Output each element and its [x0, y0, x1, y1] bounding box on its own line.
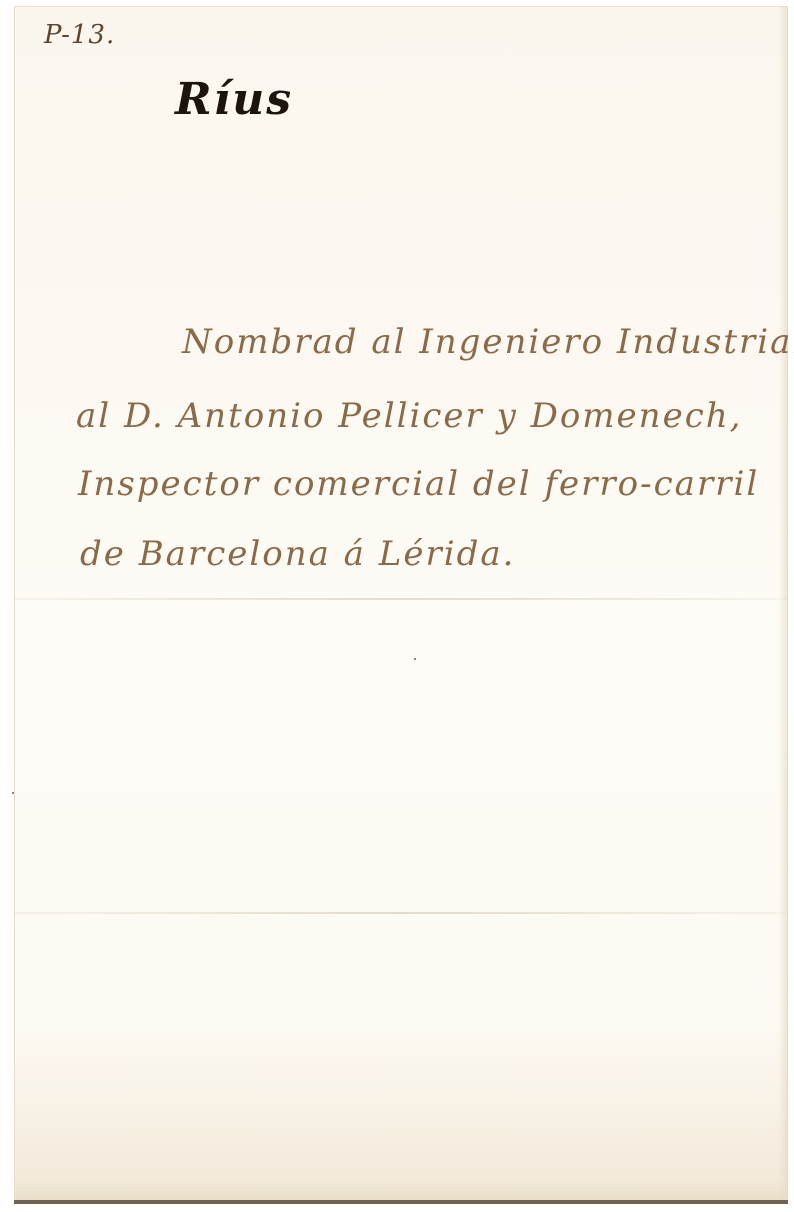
document-scan: P-13. Ríus Nombrad al Ingeniero Industri…: [0, 0, 794, 1212]
paper-edge-shading: [778, 6, 788, 1204]
reference-mark: P-13.: [44, 20, 115, 50]
body-line-4: de Barcelona á Lérida.: [80, 534, 515, 574]
fold-line: [14, 912, 788, 914]
body-line-3: Inspector comercial del ferro-carril: [78, 464, 759, 504]
signature: Ríus: [175, 74, 293, 125]
paper-speck: [12, 792, 14, 794]
body-line-2: al D. Antonio Pellicer y Domenech,: [76, 396, 742, 436]
paper-sheet: [14, 6, 788, 1204]
body-line-1: Nombrad al Ingeniero Industrial: [182, 322, 794, 362]
paper-speck: [414, 658, 416, 660]
fold-line: [14, 598, 788, 600]
